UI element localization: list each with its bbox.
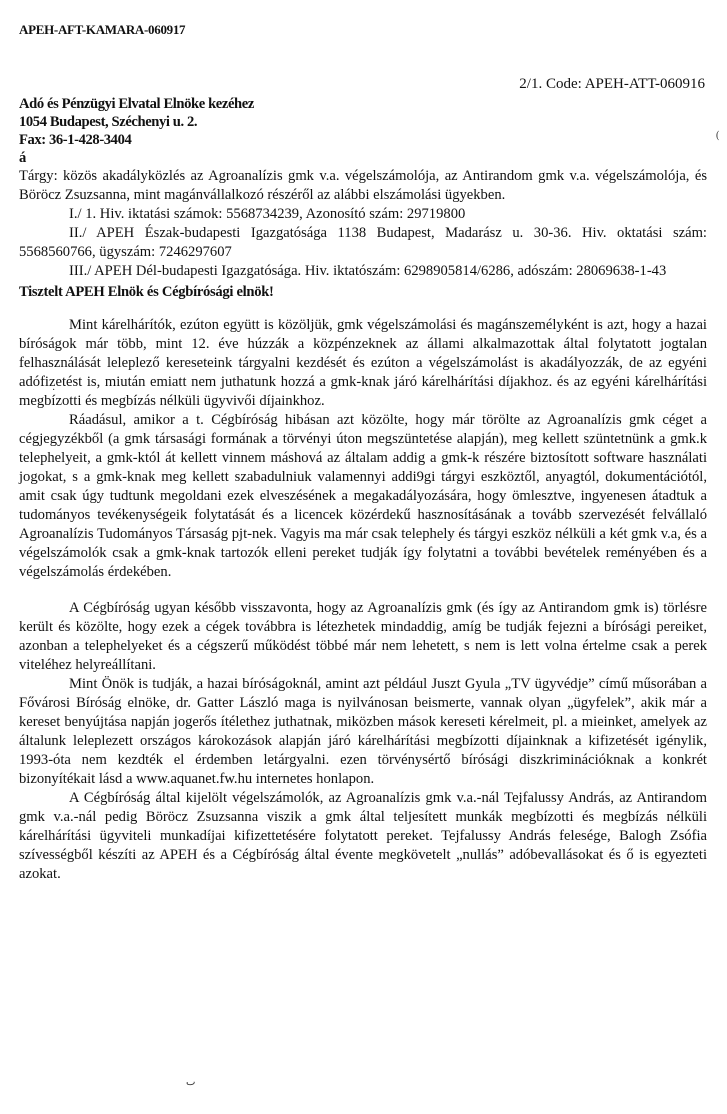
reference-item-1: I./ 1. Hiv. iktatási számok: 5568734239,…	[19, 205, 707, 224]
paragraph-spacer	[19, 582, 707, 599]
scan-artifact-mark: (	[716, 126, 719, 145]
address-mark: á	[19, 149, 254, 167]
recipient-fax: Fax: 36-1-428-3404	[19, 131, 254, 149]
reference-item-3: III./ APEH Dél-budapesti Igazgatósága. H…	[19, 262, 707, 281]
recipient-name: Adó és Pénzügyi Elvatal Elnöke kezéhez	[19, 95, 254, 113]
document-reference-header: APEH-AFT-KAMARA-060917	[19, 20, 185, 39]
paragraph-5: A Cégbíróság által kijelölt végelszámoló…	[19, 789, 707, 884]
salutation: Tisztelt APEH Elnök és Cégbírósági elnök…	[19, 283, 707, 302]
document-code: 2/1. Code: APEH-ATT-060916	[519, 75, 705, 94]
recipient-address-block: Adó és Pénzügyi Elvatal Elnöke kezéhez 1…	[19, 95, 254, 167]
recipient-street: 1054 Budapest, Széchenyi u. 2.	[19, 113, 254, 131]
paragraph-3: A Cégbíróság ugyan később visszavonta, h…	[19, 599, 707, 675]
scan-artifact-bottom: ٮ	[186, 1073, 195, 1092]
reference-item-2: II./ APEH Észak-budapesti Igazgatósága 1…	[19, 224, 707, 262]
letter-body: Tárgy: közös akadályközlés az Agroanalíz…	[19, 167, 707, 884]
paragraph-2: Ráadásul, amikor a t. Cégbíróság hibásan…	[19, 411, 707, 582]
paragraph-4: Mint Önök is tudják, a hazai bíróságokná…	[19, 675, 707, 789]
paragraph-1: Mint kárelhárítók, ezúton együtt is közö…	[19, 316, 707, 411]
scanned-letter-page: APEH-AFT-KAMARA-060917 2/1. Code: APEH-A…	[0, 0, 727, 1114]
subject-line: Tárgy: közös akadályközlés az Agroanalíz…	[19, 167, 707, 205]
